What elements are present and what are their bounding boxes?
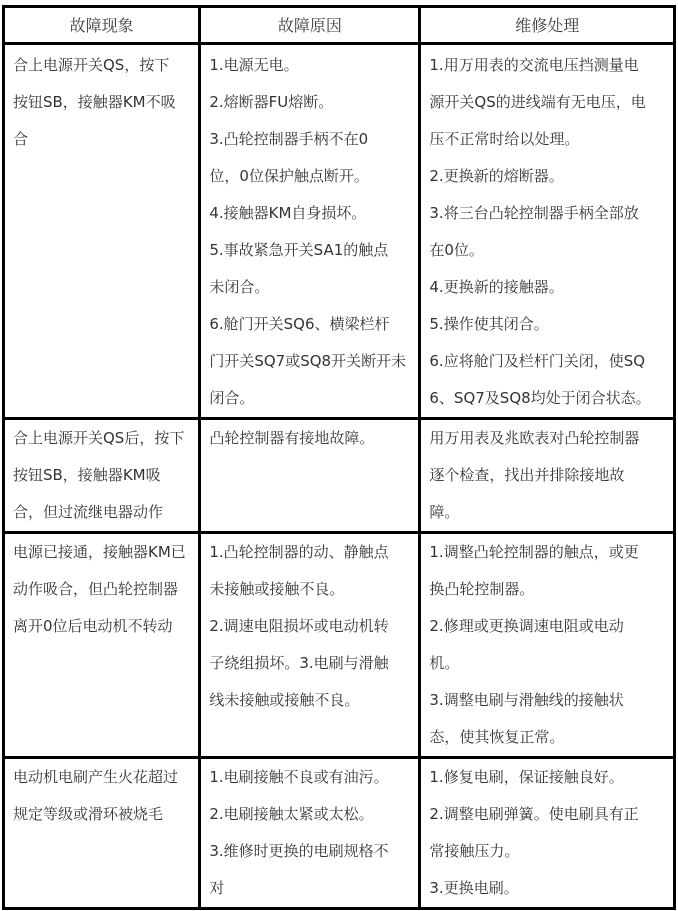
cell-line: 线未接触或接触不良。 — [209, 682, 410, 719]
cell-line: 常接触压力。 — [429, 833, 665, 870]
cell-line: 3.维修时更换的电刷规格不 — [209, 833, 410, 870]
cell-line: 4.更换新的接触器。 — [429, 269, 665, 306]
symptom-cell: 电源已接通，接触器KM已 动作吸合，但凸轮控制器 离开0位后电动机不转动 — [4, 533, 200, 758]
cell-line: 对 — [209, 870, 410, 907]
cell-line: 2.电刷接触太紧或太松。 — [209, 796, 410, 833]
symptom-cell: 合上电源开关QS，按下 按钮SB，接触器KM不吸 合 — [4, 44, 200, 419]
cell-line: 6.舱门开关SQ6、横梁栏杆 — [209, 306, 410, 343]
header-symptom: 故障现象 — [4, 7, 200, 44]
cell-line: 位，0位保护触点断开。 — [209, 158, 410, 195]
cell-line: 1.调整凸轮控制器的触点，或更 — [429, 534, 665, 571]
cell-line: 3.凸轮控制器手柄不在0 — [209, 121, 410, 158]
cell-line: 障。 — [429, 494, 665, 531]
cell-line: 3.调整电刷与滑触线的接触状 — [429, 682, 665, 719]
header-remedy: 维修处理 — [420, 7, 675, 44]
table-row: 合上电源开关QS，按下 按钮SB，接触器KM不吸 合 1.电源无电。 2.熔断器… — [4, 44, 675, 419]
cell-line: 子绕组损坏。3.电刷与滑触 — [209, 645, 410, 682]
symptom-cell: 电动机电刷产生火花超过 规定等级或滑环被烧毛 — [4, 758, 200, 909]
cell-line: 电源已接通，接触器KM已 — [13, 534, 190, 571]
cell-line: 1.用万用表的交流电压挡测量电 — [429, 47, 665, 84]
cell-line: 1.修复电刷，保证接触良好。 — [429, 759, 665, 796]
symptom-cell: 合上电源开关QS后，按下 按钮SB，接触器KM吸 合，但过流继电器动作 — [4, 419, 200, 533]
cell-line: 2.修理或更换调速电阻或电动 — [429, 608, 665, 645]
cell-line: 2.更换新的熔断器。 — [429, 158, 665, 195]
remedy-cell: 1.用万用表的交流电压挡测量电 源开关QS的进线端有无电压，电 压不正常时给以处… — [420, 44, 675, 419]
cell-line: 3.更换电刷。 — [429, 870, 665, 907]
table-row: 电源已接通，接触器KM已 动作吸合，但凸轮控制器 离开0位后电动机不转动 1.凸… — [4, 533, 675, 758]
table-row: 合上电源开关QS后，按下 按钮SB，接触器KM吸 合，但过流继电器动作 凸轮控制… — [4, 419, 675, 533]
cause-cell: 1.电源无电。 2.熔断器FU熔断。 3.凸轮控制器手柄不在0 位，0位保护触点… — [200, 44, 420, 419]
header-row: 故障现象 故障原因 维修处理 — [4, 7, 675, 44]
cell-line: 6.应将舱门及栏杆门关闭，使SQ — [429, 343, 665, 380]
header-cause: 故障原因 — [200, 7, 420, 44]
cell-line: 3.将三台凸轮控制器手柄全部放 — [429, 195, 665, 232]
cell-line: 未闭合。 — [209, 269, 410, 306]
cell-line: 合，但过流继电器动作 — [13, 494, 190, 531]
cell-line: 用万用表及兆欧表对凸轮控制器 — [429, 420, 665, 457]
cell-line: 动作吸合，但凸轮控制器 — [13, 571, 190, 608]
cell-line: 未接触或接触不良。 — [209, 571, 410, 608]
cell-line: 门开关SQ7或SQ8开关断开未 — [209, 343, 410, 380]
cell-line: 6、SQ7及SQ8均处于闭合状态。 — [429, 380, 665, 417]
cell-line: 合上电源开关QS后，按下 — [13, 420, 190, 457]
cell-line: 闭合。 — [209, 380, 410, 417]
cell-line: 1.电刷接触不良或有油污。 — [209, 759, 410, 796]
cell-line: 机。 — [429, 645, 665, 682]
cell-line: 源开关QS的进线端有无电压，电 — [429, 84, 665, 121]
table-row: 电动机电刷产生火花超过 规定等级或滑环被烧毛 1.电刷接触不良或有油污。 2.电… — [4, 758, 675, 909]
cell-line: 凸轮控制器有接地故障。 — [209, 420, 410, 457]
cell-line: 2.调速电阻损坏或电动机转 — [209, 608, 410, 645]
cell-line: 1.电源无电。 — [209, 47, 410, 84]
cell-line: 在0位。 — [429, 232, 665, 269]
cell-line: 2.熔断器FU熔断。 — [209, 84, 410, 121]
cause-cell: 凸轮控制器有接地故障。 — [200, 419, 420, 533]
fault-table: 故障现象 故障原因 维修处理 合上电源开关QS，按下 按钮SB，接触器KM不吸 … — [2, 5, 676, 910]
cell-line: 5.事故紧急开关SA1的触点 — [209, 232, 410, 269]
remedy-cell: 用万用表及兆欧表对凸轮控制器 逐个检查，找出并排除接地故 障。 — [420, 419, 675, 533]
remedy-cell: 1.调整凸轮控制器的触点，或更 换凸轮控制器。 2.修理或更换调速电阻或电动 机… — [420, 533, 675, 758]
cell-line: 2.调整电刷弹簧。使电刷具有正 — [429, 796, 665, 833]
cell-line: 合上电源开关QS，按下 — [13, 47, 190, 84]
cell-line: 压不正常时给以处理。 — [429, 121, 665, 158]
cause-cell: 1.凸轮控制器的动、静触点 未接触或接触不良。 2.调速电阻损坏或电动机转 子绕… — [200, 533, 420, 758]
remedy-cell: 1.修复电刷，保证接触良好。 2.调整电刷弹簧。使电刷具有正 常接触压力。 3.… — [420, 758, 675, 909]
cell-line: 4.接触器KM自身损坏。 — [209, 195, 410, 232]
cell-line: 态，使其恢复正常。 — [429, 719, 665, 756]
cell-line: 合 — [13, 121, 190, 158]
cell-line: 5.操作使其闭合。 — [429, 306, 665, 343]
cell-line: 按钮SB，接触器KM不吸 — [13, 84, 190, 121]
cause-cell: 1.电刷接触不良或有油污。 2.电刷接触太紧或太松。 3.维修时更换的电刷规格不… — [200, 758, 420, 909]
cell-line: 电动机电刷产生火花超过 — [13, 759, 190, 796]
cell-line: 按钮SB，接触器KM吸 — [13, 457, 190, 494]
cell-line: 离开0位后电动机不转动 — [13, 608, 190, 645]
cell-line: 规定等级或滑环被烧毛 — [13, 796, 190, 833]
cell-line: 逐个检查，找出并排除接地故 — [429, 457, 665, 494]
cell-line: 1.凸轮控制器的动、静触点 — [209, 534, 410, 571]
cell-line: 换凸轮控制器。 — [429, 571, 665, 608]
